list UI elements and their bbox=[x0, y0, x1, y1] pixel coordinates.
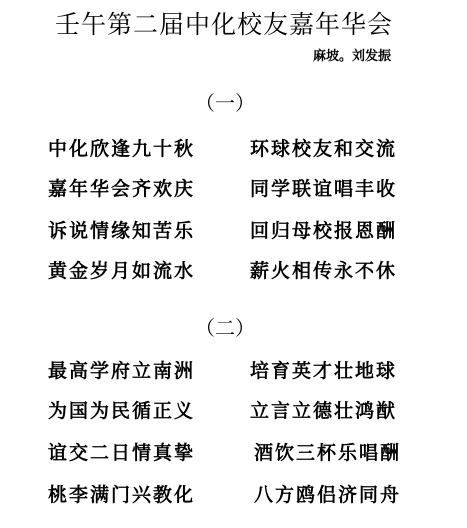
section-heading-2: （二） bbox=[0, 315, 450, 341]
poem-line: 环球校友和交流 bbox=[250, 136, 397, 162]
poem-line: 薪火相传永不休 bbox=[250, 258, 397, 284]
section-heading-1: （一） bbox=[0, 90, 450, 116]
poem-line: 黄金岁月如流水 bbox=[48, 258, 195, 284]
poem-title: 壬午第二届中化校友嘉年华会 bbox=[0, 8, 448, 42]
poem-line: 酒饮三杯乐唱酬 bbox=[254, 440, 401, 466]
poem-line: 培育英才壮地球 bbox=[250, 358, 397, 384]
poem-line: 嘉年华会齐欢庆 bbox=[48, 176, 195, 202]
poem-line: 八方鸥侣济同舟 bbox=[254, 482, 401, 508]
poem-line: 同学联谊唱丰收 bbox=[250, 176, 397, 202]
poem-line: 为国为民循正义 bbox=[48, 398, 195, 424]
poem-line: 中化欣逢九十秋 bbox=[48, 136, 195, 162]
poem-line: 回归母校报恩酬 bbox=[250, 218, 397, 244]
poem-line: 最高学府立南洲 bbox=[48, 358, 195, 384]
poem-line: 立言立德壮鸿猷 bbox=[250, 398, 397, 424]
poem-line: 诉说情缘知苦乐 bbox=[48, 218, 195, 244]
author-byline: 麻坡。刘发振 bbox=[313, 48, 391, 66]
poem-line: 谊交二日情真挚 bbox=[48, 440, 195, 466]
poem-line: 桃李满门兴教化 bbox=[48, 482, 195, 508]
